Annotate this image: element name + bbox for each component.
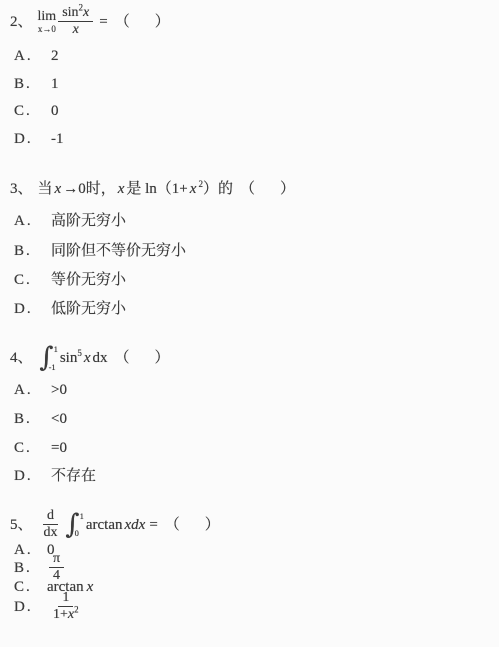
den-text: 1+ [53, 607, 68, 622]
variable-x: x [83, 5, 89, 20]
right-paren: ） [280, 180, 295, 198]
option-label: B. [14, 559, 38, 577]
integral-limits: 1 -1 [54, 344, 58, 372]
option-label: A. [14, 381, 38, 399]
fraction-denominator: dx [40, 525, 62, 541]
q4-option-b: B. <0 [14, 410, 67, 428]
question-5-stem: 5、 d dx ∫ 1 0 arctan xdx = （） [10, 508, 220, 541]
answer-blank: （） [165, 516, 220, 534]
right-paren: ） [155, 13, 170, 31]
equals-sign: = [99, 13, 107, 31]
option-label: C. [14, 271, 38, 289]
fraction-numerator: sin2x [58, 5, 93, 22]
integral-limits: 1 0 [80, 511, 84, 539]
limit-subscript: x→0 [38, 25, 56, 34]
option-label: D. [14, 467, 38, 485]
q2-option-d: D. -1 [14, 130, 64, 148]
arctan-function: arctan [86, 516, 123, 534]
q2-option-b: B. 1 [14, 75, 59, 93]
option-value: 不存在 [51, 467, 96, 485]
integrand: sin5 [60, 349, 82, 367]
question-3-number: 3、 [10, 181, 33, 197]
option-label: C. [14, 439, 38, 457]
variable-x: x [118, 181, 125, 197]
option-label: B. [14, 242, 38, 260]
equals-sign: = [149, 516, 157, 534]
left-paren: （ [165, 516, 180, 534]
fraction-numerator: 1 [58, 590, 73, 607]
left-paren: （ [115, 13, 130, 31]
fraction-numerator: d [43, 508, 58, 525]
q3-option-b: B. 同阶但不等价无穷小 [14, 242, 186, 260]
q5-option-d: D. 1 1+x2 [14, 590, 85, 623]
option-value: 等价无穷小 [51, 271, 126, 289]
lower-limit: 0 [75, 529, 79, 538]
option-value: 1 [51, 75, 59, 93]
answer-blank: （） [115, 349, 170, 367]
stem-text: ）的 [203, 181, 233, 197]
q4-option-d: D. 不存在 [14, 467, 96, 485]
right-paren: ） [205, 516, 220, 534]
variable-xdx: xdx [124, 516, 145, 534]
option-label: A. [14, 47, 38, 65]
option-label: D. [14, 598, 38, 616]
option-value: 0 [51, 102, 59, 120]
upper-limit: 1 [54, 345, 58, 354]
option-value: <0 [51, 410, 67, 428]
exam-document: 2、 lim x→0 sin2x x = （） A. 2 B. 1 C. 0 D… [0, 0, 499, 647]
q3-option-d: D. 低阶无穷小 [14, 300, 126, 318]
upper-limit: 1 [80, 512, 84, 521]
question-4-stem: 4、 ∫ 1 -1 sin5 x dx （） [10, 344, 170, 372]
option-label: D. [14, 300, 38, 318]
option-label: B. [14, 75, 38, 93]
question-3-stem: 3、当x→0时，x是 ln（1+x2）的（） [10, 180, 295, 198]
arrow-to-zero: →0 [63, 181, 86, 197]
limit-expression: lim x→0 [38, 10, 57, 34]
left-paren: （ [115, 349, 130, 367]
limit-word: lim [38, 10, 57, 24]
question-2-stem: 2、 lim x→0 sin2x x = （） [10, 5, 170, 38]
option-value: =0 [51, 439, 67, 457]
question-4-number: 4、 [10, 349, 33, 367]
option-label: D. [14, 130, 38, 148]
option-label: A. [14, 212, 38, 230]
derivative-operator: d dx [40, 508, 62, 541]
variable-x: x [55, 181, 62, 197]
fraction-denominator: x [69, 22, 83, 38]
fraction-sin2x-over-x: sin2x x [58, 5, 93, 38]
answer-blank: （） [240, 180, 295, 198]
option-value: 2 [51, 47, 59, 65]
fraction-numerator: π [49, 551, 64, 568]
question-2-number: 2、 [10, 13, 33, 31]
option-label: B. [14, 410, 38, 428]
option-value-fraction: 1 1+x2 [49, 590, 83, 623]
question-5-number: 5、 [10, 516, 33, 534]
integral-sign: ∫ 1 -1 [40, 344, 58, 372]
exponent: 2 [74, 604, 79, 614]
lower-limit: -1 [49, 363, 56, 372]
option-value: 高阶无穷小 [51, 212, 126, 230]
option-value: 低阶无穷小 [51, 300, 126, 318]
sin-function: sin [60, 350, 78, 366]
stem-text: 是 ln（1+ [126, 181, 187, 197]
q4-option-c: C. =0 [14, 439, 67, 457]
option-value: -1 [51, 130, 64, 148]
option-value: 同阶但不等价无穷小 [51, 242, 186, 260]
variable-x: x [73, 22, 79, 37]
option-value: >0 [51, 381, 67, 399]
q2-option-c: C. 0 [14, 102, 59, 120]
variable-x: x [84, 349, 91, 367]
integral-sign: ∫ 1 0 [66, 511, 84, 539]
variable-x: x [190, 181, 197, 197]
option-label: C. [14, 102, 38, 120]
q3-option-c: C. 等价无穷小 [14, 271, 126, 289]
stem-text: 时， [86, 181, 116, 197]
exponent: 5 [77, 348, 82, 358]
sin-function: sin [62, 5, 78, 20]
left-paren: （ [240, 180, 255, 198]
differential-dx: dx [93, 349, 108, 367]
fraction-denominator: 1+x2 [49, 607, 83, 623]
answer-blank: （） [115, 13, 170, 31]
q4-option-a: A. >0 [14, 381, 67, 399]
variable-x: x [87, 579, 94, 595]
right-paren: ） [155, 349, 170, 367]
q3-option-a: A. 高阶无穷小 [14, 212, 126, 230]
q2-option-a: A. 2 [14, 47, 59, 65]
stem-text: 当 [38, 181, 53, 197]
